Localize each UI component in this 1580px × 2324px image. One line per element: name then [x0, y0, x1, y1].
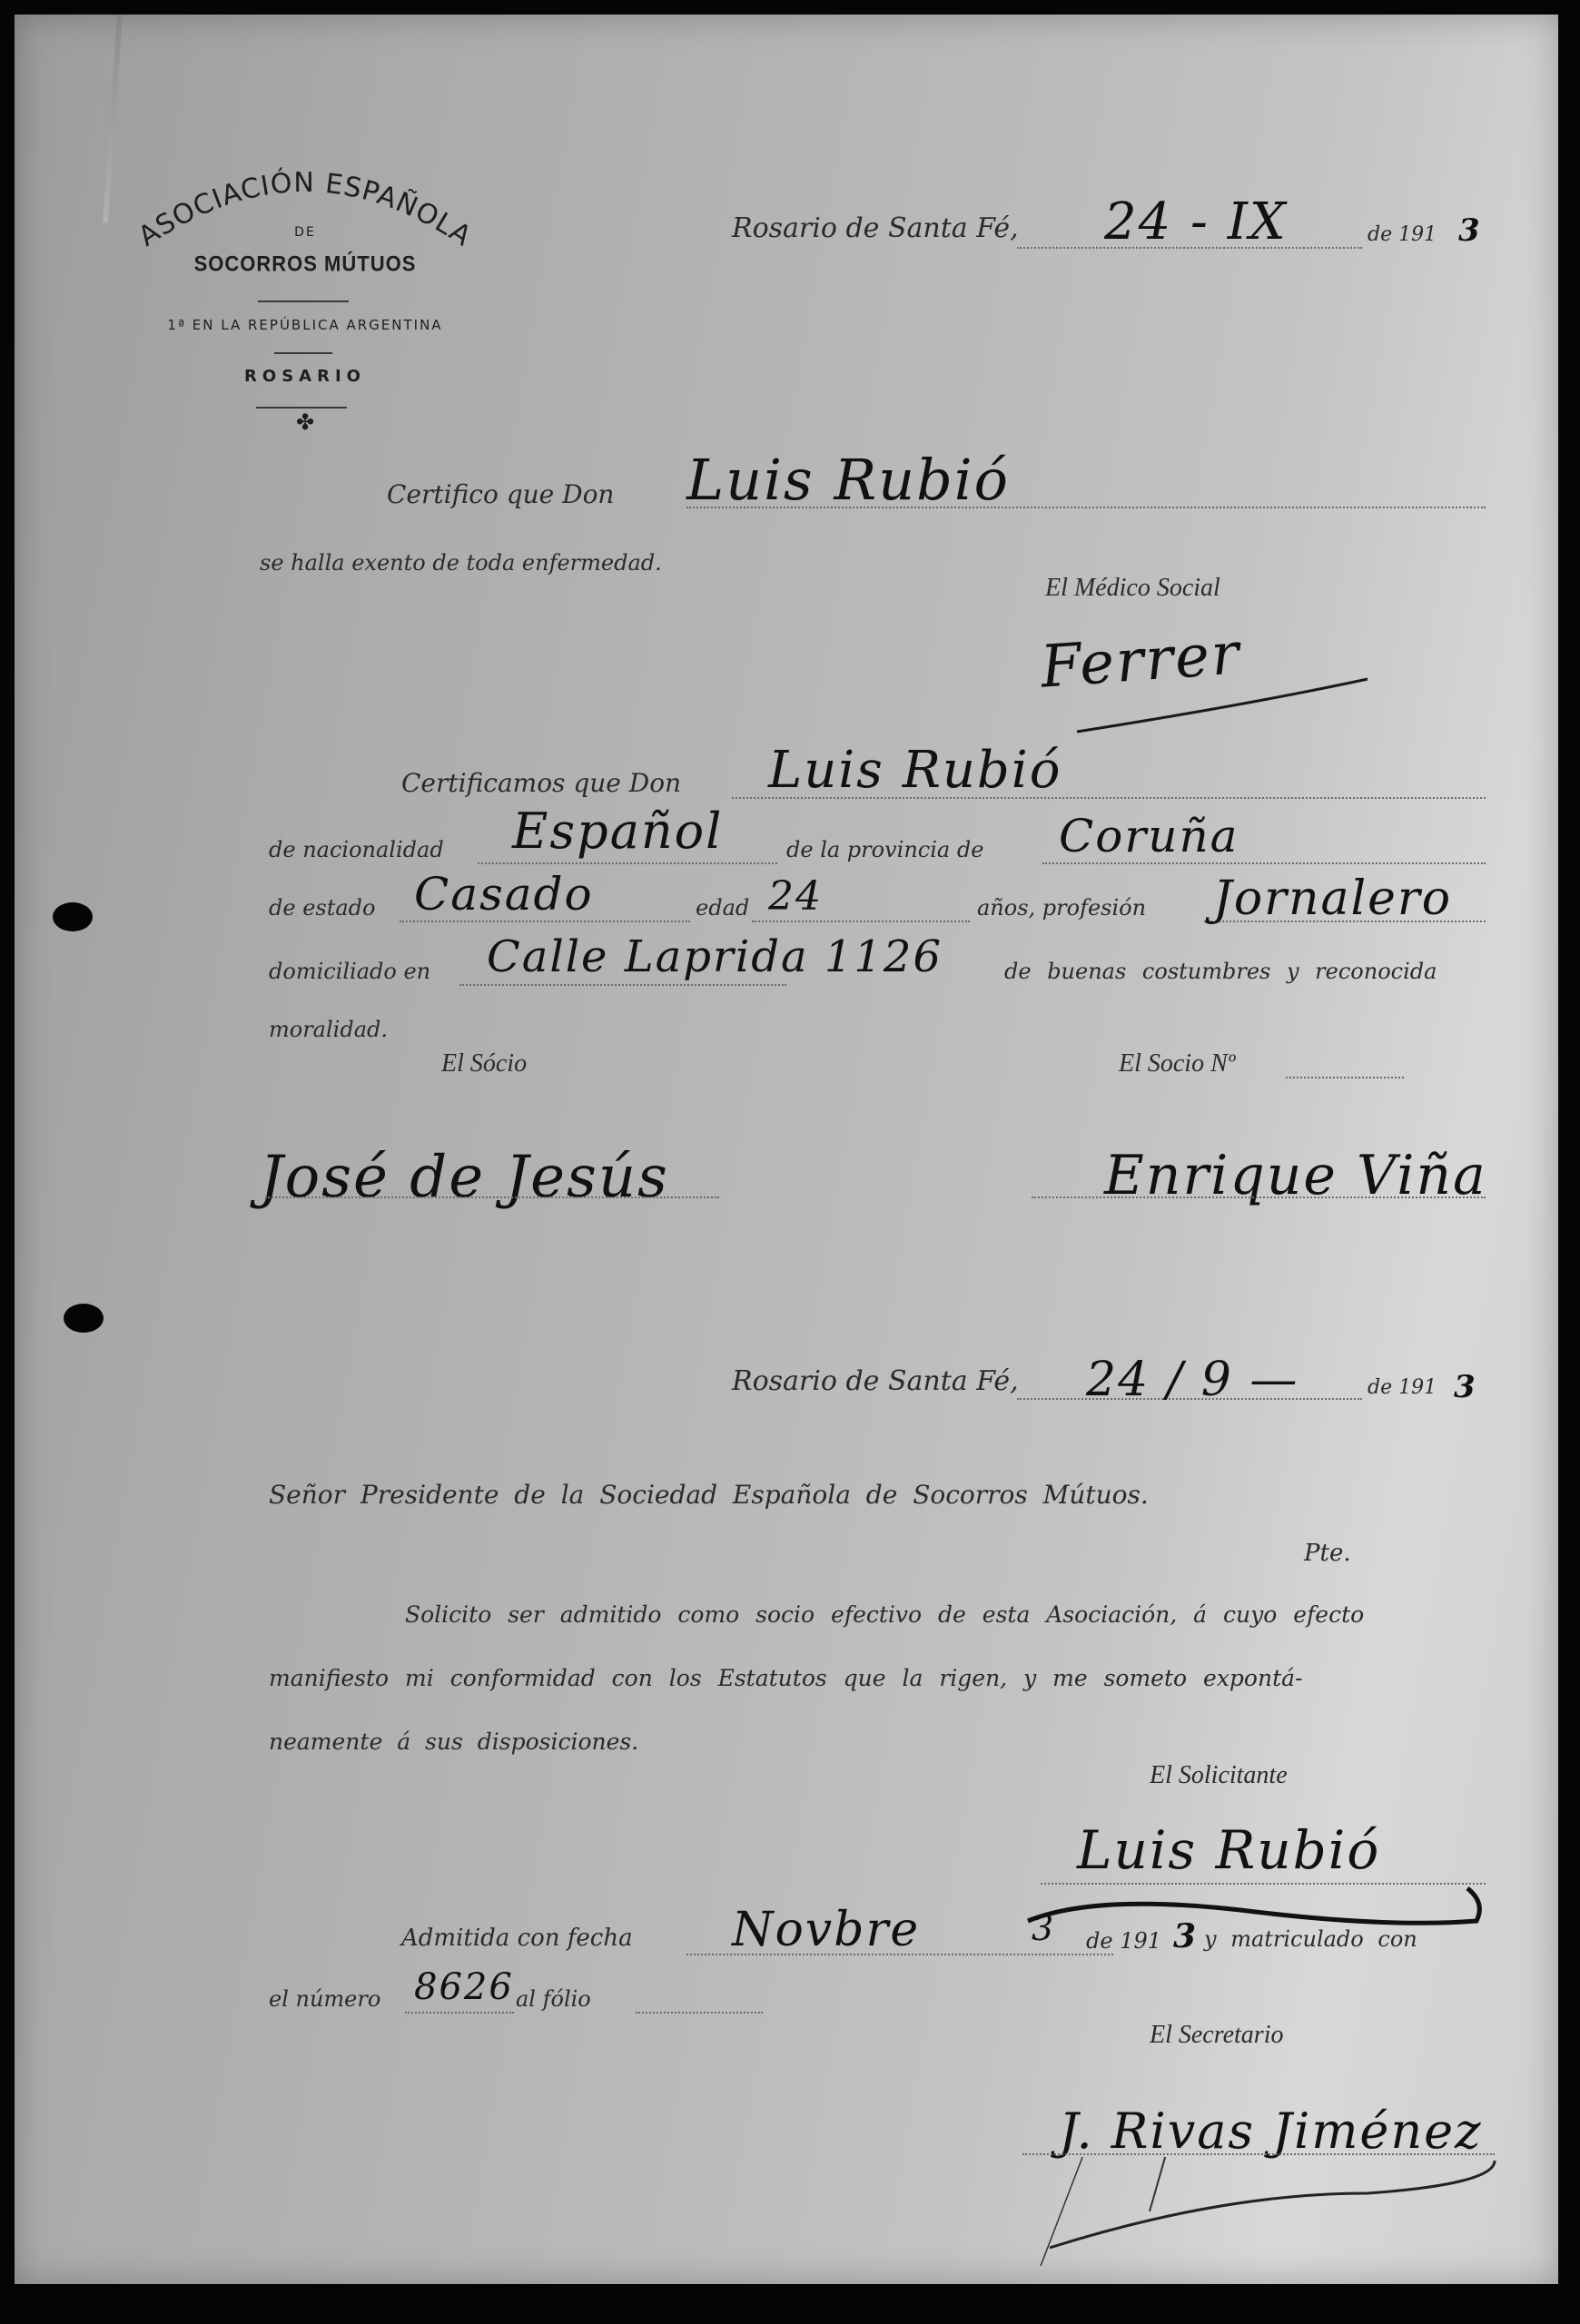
- registration-number: 8626: [414, 1966, 514, 2008]
- member-cert-prefix: Certificamos que Don: [401, 768, 681, 798]
- province-line: [1042, 862, 1486, 864]
- admission-year-label: de 191: [1086, 1928, 1161, 1954]
- profession-label: años, profesión: [977, 895, 1146, 921]
- addressee: Señor Presidente de la Sociedad Española…: [269, 1480, 1149, 1510]
- header-date-prefix: Rosario de Santa Fé,: [732, 212, 1019, 244]
- punch-hole-top: [53, 902, 93, 931]
- right-signer-label: El Socio Nº: [1119, 1049, 1235, 1078]
- status-label: de estado: [269, 895, 375, 921]
- secretary-signature-flourish: [986, 2157, 1513, 2266]
- nationality-label: de nacionalidad: [269, 837, 444, 862]
- pte-abbreviation: Pte.: [1304, 1540, 1351, 1567]
- admission-day: 3: [1032, 1908, 1055, 1948]
- conduct-text: de buenas costumbres y reconocida: [1004, 959, 1437, 984]
- letterhead-name: SOCORROS MÚTUOS: [114, 251, 496, 278]
- applicant-signature: Luis Rubió: [1077, 1819, 1380, 1881]
- nationality-line: [478, 862, 777, 864]
- letterhead-divider: [258, 300, 349, 302]
- address-value: Calle Laprida 1126: [487, 931, 943, 982]
- letterhead: ASOCIACIÓN ESPAÑOLA DE SOCORROS MÚTUOS 1…: [114, 151, 496, 441]
- socio-number-line: [1286, 1077, 1404, 1078]
- province-value: Coruña: [1059, 810, 1239, 862]
- age-line: [752, 921, 970, 922]
- letterhead-divider: [274, 352, 332, 354]
- number-label: el número: [269, 1986, 380, 2012]
- application-date-value: 24 / 9 —: [1086, 1353, 1299, 1407]
- letterhead-city: ROSARIO: [114, 367, 496, 386]
- application-year-digit: 3: [1454, 1369, 1477, 1405]
- svg-text:ASOCIACIÓN ESPAÑOLA: ASOCIACIÓN ESPAÑOLA: [133, 165, 477, 253]
- left-signer-label: El Sócio: [441, 1049, 527, 1078]
- document-page: ASOCIACIÓN ESPAÑOLA DE SOCORROS MÚTUOS 1…: [15, 15, 1558, 2284]
- medical-signature-flourish: [1068, 668, 1377, 741]
- letterhead-subtitle: 1ª EN LA REPÚBLICA ARGENTINA: [114, 317, 496, 333]
- medical-cert-body: se halla exento de toda enfermedad.: [260, 550, 662, 576]
- left-signature-line: [265, 1196, 719, 1198]
- application-body-line1: Solicito ser admitido como socio efectiv…: [405, 1601, 1364, 1628]
- application-date-prefix: Rosario de Santa Fé,: [732, 1365, 1019, 1397]
- member-cert-name: Luis Rubió: [768, 741, 1062, 800]
- applicant-label: El Solicitante: [1150, 1761, 1288, 1790]
- admission-prefix: Admitida con fecha: [401, 1925, 633, 1952]
- admission-year-digit: 3: [1173, 1917, 1198, 1955]
- number-line: [405, 2012, 514, 2014]
- application-body-line3: neamente á sus disposiciones.: [269, 1728, 638, 1755]
- letterhead-divider: [256, 407, 347, 409]
- ornament-icon: ✤: [114, 409, 496, 435]
- header-date-year-digit: 3: [1458, 212, 1482, 249]
- address-label: domiciliado en: [269, 959, 430, 984]
- punch-hole-bottom: [64, 1304, 104, 1333]
- nationality-value: Español: [512, 803, 723, 860]
- conduct-end: moralidad.: [269, 1017, 388, 1042]
- medical-cert-name: Luis Rubió: [686, 447, 1010, 513]
- application-body-line2: manifiesto mi conformidad con los Estatu…: [269, 1665, 1302, 1691]
- application-year-label: de 191: [1368, 1376, 1437, 1399]
- left-signature: José de Jesús: [260, 1144, 669, 1211]
- folio-line: [636, 2012, 763, 2014]
- age-value: 24: [768, 873, 823, 920]
- admission-month: Novbre: [732, 1903, 920, 1957]
- admission-suffix: y matriculado con: [1204, 1926, 1417, 1952]
- profession-value: Jornalero: [1213, 871, 1452, 926]
- province-label: de la provincia de: [786, 837, 983, 862]
- status-line: [400, 921, 690, 922]
- secretary-signature: J. Rivas Jiménez: [1059, 2102, 1483, 2160]
- letterhead-de: DE: [114, 225, 496, 240]
- folio-label: al fólio: [516, 1986, 591, 2012]
- header-date-year-label: de 191: [1368, 223, 1437, 246]
- medical-signer-label: El Médico Social: [1045, 574, 1220, 603]
- secretary-label: El Secretario: [1150, 2021, 1283, 2050]
- address-line: [459, 984, 786, 986]
- secretary-signature-line: [1022, 2153, 1495, 2155]
- status-value: Casado: [414, 868, 594, 921]
- right-signature-line: [1032, 1196, 1486, 1198]
- age-label: edad: [696, 895, 749, 921]
- medical-cert-prefix: Certifico que Don: [387, 479, 614, 509]
- header-date-value: 24 - IX: [1104, 192, 1288, 251]
